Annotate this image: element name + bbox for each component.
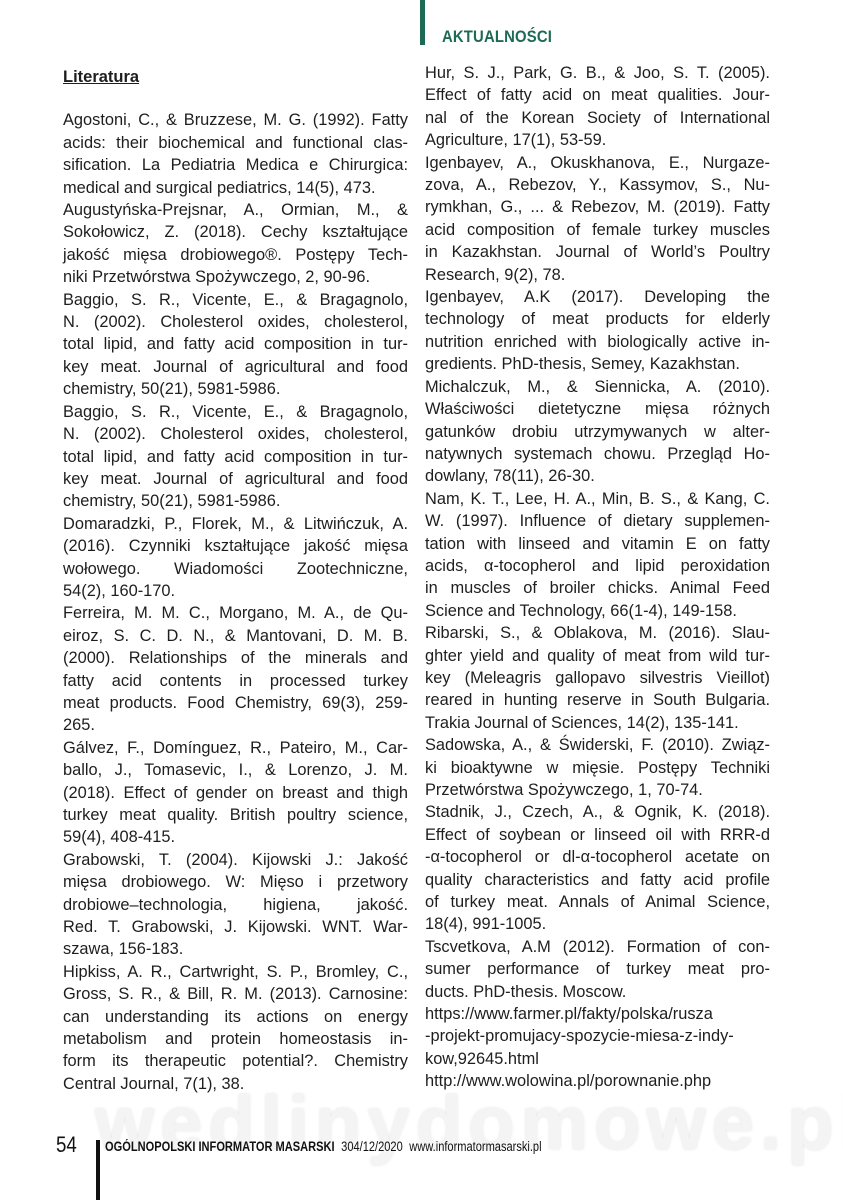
reference-line: metabolism and protein homeostasis in- xyxy=(63,1028,408,1050)
reference-line: Gálvez, F., Domínguez, R., Pateiro, M., … xyxy=(63,737,408,759)
reference-line: (2016). Czynniki kształtujące jakość mię… xyxy=(63,535,408,557)
reference-line: medical and surgical pediatrics, 14(5), … xyxy=(63,177,408,199)
reference-line: acids: their biochemical and functional … xyxy=(63,132,408,154)
reference-line: Igenbayev, A.K (2017). Developing the xyxy=(425,286,770,308)
reference-entry: Gálvez, F., Domínguez, R., Pateiro, M., … xyxy=(63,737,408,849)
reference-line: 59(4), 408-415. xyxy=(63,826,408,848)
reference-line: Ferreira, M. M. C., Morgano, M. A., de Q… xyxy=(63,602,408,624)
reference-line: Tscvetkova, A.M (2012). Formation of con… xyxy=(425,936,770,958)
reference-line: Nam, K. T., Lee, H. A., Min, B. S., & Ka… xyxy=(425,488,770,510)
reference-line: Sadowska, A., & Świderski, F. (2010). Zw… xyxy=(425,734,770,756)
reference-line: https://www.farmer.pl/fakty/polska/rusza xyxy=(425,1003,770,1025)
page-number: 54 xyxy=(56,1132,77,1158)
reference-entry: Baggio, S. R., Vicente, E., & Bragagnolo… xyxy=(63,289,408,401)
reference-line: gatunków drobiu utrzymywanych w alter- xyxy=(425,421,770,443)
reference-line: W. (1997). Influence of dietary suppleme… xyxy=(425,510,770,532)
reference-line: Research, 9(2), 78. xyxy=(425,264,770,286)
reference-entry: Ribarski, S., & Oblakova, M. (2016). Sla… xyxy=(425,622,770,734)
reference-line: Właściwości dietetyczne mięsa różnych xyxy=(425,398,770,420)
reference-line: ballo, J., Tomasevic, I., & Lorenzo, J. … xyxy=(63,759,408,781)
reference-line: N. (2002). Cholesterol oxides, cholester… xyxy=(63,423,408,445)
reference-line: acids, α-tocopherol and lipid peroxidati… xyxy=(425,555,770,577)
footer-divider xyxy=(96,1140,100,1200)
reference-entry: Hipkiss, A. R., Cartwright, S. P., Broml… xyxy=(63,961,408,1095)
reference-line: zova, A., Rebezov, Y., Kassymov, S., Nu- xyxy=(425,174,770,196)
reference-entry: Grabowski, T. (2004). Kijowski J.: Jakoś… xyxy=(63,849,408,961)
reference-entry: Stadnik, J., Czech, A., & Ognik, K. (201… xyxy=(425,801,770,935)
reference-line: Effect of fatty acid on meat qualities. … xyxy=(425,84,770,106)
reference-line: Przetwórstwa Spożywczego, 1, 70-74. xyxy=(425,779,770,801)
reference-line: wołowego. Wiadomości Zootechniczne, xyxy=(63,558,408,580)
references-list-left: Agostoni, C., & Bruzzese, M. G. (1992). … xyxy=(63,109,408,1095)
reference-line: N. (2002). Cholesterol oxides, cholester… xyxy=(63,311,408,333)
reference-line: -projekt-promujacy-spozycie-miesa-z-indy… xyxy=(425,1025,770,1047)
reference-line: ducts. PhD-thesis. Moscow. xyxy=(425,981,770,1003)
reference-line: Stadnik, J., Czech, A., & Ognik, K. (201… xyxy=(425,801,770,823)
reference-entry: Igenbayev, A.K (2017). Developing thetec… xyxy=(425,286,770,376)
reference-line: Igenbayev, A., Okuskhanova, E., Nurgaze- xyxy=(425,152,770,174)
reference-line: eiroz, S. C. D. N., & Mantovani, D. M. B… xyxy=(63,625,408,647)
reference-line: chemistry, 50(21), 5981-5986. xyxy=(63,378,408,400)
reference-entry: Domaradzki, P., Florek, M., & Litwińczuk… xyxy=(63,513,408,603)
footer-publication-info: OGÓLNOPOLSKI INFORMATOR MASARSKI304/12/2… xyxy=(105,1139,542,1154)
reference-line: 54(2), 160-170. xyxy=(63,580,408,602)
reference-line: Baggio, S. R., Vicente, E., & Bragagnolo… xyxy=(63,401,408,423)
reference-link[interactable]: http://www.wolowina.pl/porownanie.php xyxy=(425,1070,770,1092)
reference-line: total lipid, and fatty acid composition … xyxy=(63,333,408,355)
reference-line: niki Przetwórstwa Spożywczego, 2, 90-96. xyxy=(63,266,408,288)
reference-line: Michalczuk, M., & Siennicka, A. (2010). xyxy=(425,376,770,398)
reference-line: chemistry, 50(21), 5981-5986. xyxy=(63,490,408,512)
reference-line: Augustyńska-Prejsnar, A., Ormian, M., & xyxy=(63,199,408,221)
reference-entry: Tscvetkova, A.M (2012). Formation of con… xyxy=(425,936,770,1003)
reference-line: reared in hunting reserve in South Bulga… xyxy=(425,689,770,711)
reference-line: acid composition of female turkey muscle… xyxy=(425,219,770,241)
reference-line: of turkey meat. Annals of Animal Science… xyxy=(425,891,770,913)
reference-line: gredients. PhD-thesis, Semey, Kazakhstan… xyxy=(425,353,770,375)
reference-line: sification. La Pediatria Medica e Chirur… xyxy=(63,154,408,176)
reference-line: Baggio, S. R., Vicente, E., & Bragagnolo… xyxy=(63,289,408,311)
reference-line: 265. xyxy=(63,714,408,736)
reference-entry: Baggio, S. R., Vicente, E., & Bragagnolo… xyxy=(63,401,408,513)
reference-line: Agostoni, C., & Bruzzese, M. G. (1992). … xyxy=(63,109,408,131)
reference-line: (2000). Relationships of the minerals an… xyxy=(63,647,408,669)
reference-line: key (Meleagris gallopavo silvestris Viei… xyxy=(425,667,770,689)
publication-name: OGÓLNOPOLSKI INFORMATOR MASARSKI xyxy=(105,1139,335,1154)
reference-line: Effect of soybean or linseed oil with RR… xyxy=(425,824,770,846)
reference-line: Central Journal, 7(1), 38. xyxy=(63,1073,408,1095)
reference-line: nal of the Korean Society of Internation… xyxy=(425,107,770,129)
reference-line: quality characteristics and fatty acid p… xyxy=(425,869,770,891)
reference-line: kow,92645.html xyxy=(425,1048,770,1070)
reference-line: Hur, S. J., Park, G. B., & Joo, S. T. (2… xyxy=(425,62,770,84)
reference-line: ki bioaktywne w mięsie. Postępy Techniki xyxy=(425,757,770,779)
reference-link[interactable]: https://www.farmer.pl/fakty/polska/rusza… xyxy=(425,1003,770,1070)
reference-entry: Hur, S. J., Park, G. B., & Joo, S. T. (2… xyxy=(425,62,770,152)
reference-line: total lipid, and fatty acid composition … xyxy=(63,446,408,468)
reference-line: mięsa drobiowego. W: Mięso i przetwory xyxy=(63,871,408,893)
reference-line: form its therapeutic potential?. Chemist… xyxy=(63,1050,408,1072)
reference-entry: Sadowska, A., & Świderski, F. (2010). Zw… xyxy=(425,734,770,801)
reference-line: technology of meat products for elderly xyxy=(425,308,770,330)
reference-line: Red. T. Grabowski, J. Kijowski. WNT. War… xyxy=(63,916,408,938)
reference-line: meat products. Food Chemistry, 69(3), 25… xyxy=(63,692,408,714)
reference-line: 18(4), 991-1005. xyxy=(425,913,770,935)
reference-line: natywnych systemach chowu. Przegląd Ho- xyxy=(425,443,770,465)
reference-line: in muscles of broiler chicks. Animal Fee… xyxy=(425,577,770,599)
reference-entry: Michalczuk, M., & Siennicka, A. (2010).W… xyxy=(425,376,770,488)
reference-line: drobiowe–technologia, higiena, jakość. xyxy=(63,894,408,916)
reference-entry: Igenbayev, A., Okuskhanova, E., Nurgaze-… xyxy=(425,152,770,286)
reference-line: Ribarski, S., & Oblakova, M. (2016). Sla… xyxy=(425,622,770,644)
reference-line: Grabowski, T. (2004). Kijowski J.: Jakoś… xyxy=(63,849,408,871)
reference-line: nutrition enriched with biologically act… xyxy=(425,331,770,353)
reference-entry: Ferreira, M. M. C., Morgano, M. A., de Q… xyxy=(63,602,408,736)
reference-line: fatty acid contents in processed turkey xyxy=(63,670,408,692)
reference-line: sumer performance of turkey meat pro- xyxy=(425,958,770,980)
reference-line: Agriculture, 17(1), 53-59. xyxy=(425,129,770,151)
reference-line: (2018). Effect of gender on breast and t… xyxy=(63,782,408,804)
reference-line: ghter yield and quality of meat from wil… xyxy=(425,645,770,667)
reference-line: tation with linseed and vitamin E on fat… xyxy=(425,533,770,555)
reference-line: rymkhan, G., ... & Rebezov, M. (2019). F… xyxy=(425,196,770,218)
publication-website[interactable]: www.informatormasarski.pl xyxy=(409,1139,541,1154)
reference-entry: Augustyńska-Prejsnar, A., Ormian, M., &S… xyxy=(63,199,408,289)
reference-line: in Kazakhstan. Journal of World’s Poultr… xyxy=(425,241,770,263)
reference-entry: Agostoni, C., & Bruzzese, M. G. (1992). … xyxy=(63,109,408,199)
reference-line: key meat. Journal of agricultural and fo… xyxy=(63,468,408,490)
references-left-column: Literatura Agostoni, C., & Bruzzese, M. … xyxy=(63,62,408,1095)
reference-line: jakość mięsa drobiowego®. Postępy Tech- xyxy=(63,244,408,266)
reference-line: Domaradzki, P., Florek, M., & Litwińczuk… xyxy=(63,513,408,535)
references-list-right: Hur, S. J., Park, G. B., & Joo, S. T. (2… xyxy=(425,62,770,1093)
reference-line: Sokołowicz, Z. (2018). Cechy kształtując… xyxy=(63,221,408,243)
references-heading: Literatura xyxy=(63,66,408,88)
reference-line: szawa, 156-183. xyxy=(63,938,408,960)
reference-line: turkey meat quality. British poultry sci… xyxy=(63,804,408,826)
reference-line: Gross, S. R., & Bill, R. M. (2013). Carn… xyxy=(63,983,408,1005)
reference-entry: Nam, K. T., Lee, H. A., Min, B. S., & Ka… xyxy=(425,488,770,622)
issue-number: 304/12/2020 xyxy=(341,1139,403,1154)
reference-line: key meat. Journal of agricultural and fo… xyxy=(63,356,408,378)
section-label: AKTUALNOŚCI xyxy=(442,28,552,47)
reference-line: http://www.wolowina.pl/porownanie.php xyxy=(425,1070,770,1092)
references-right-column: Hur, S. J., Park, G. B., & Joo, S. T. (2… xyxy=(425,62,770,1093)
reference-line: -α-tocopherol or dl-α-tocopherol acetate… xyxy=(425,846,770,868)
reference-line: Hipkiss, A. R., Cartwright, S. P., Broml… xyxy=(63,961,408,983)
reference-line: Trakia Journal of Sciences, 14(2), 135-1… xyxy=(425,712,770,734)
reference-line: dowlany, 78(11), 26-30. xyxy=(425,465,770,487)
reference-line: Science and Technology, 66(1-4), 149-158… xyxy=(425,600,770,622)
section-accent-bar xyxy=(420,0,425,45)
reference-line: can understanding its actions on energy xyxy=(63,1006,408,1028)
